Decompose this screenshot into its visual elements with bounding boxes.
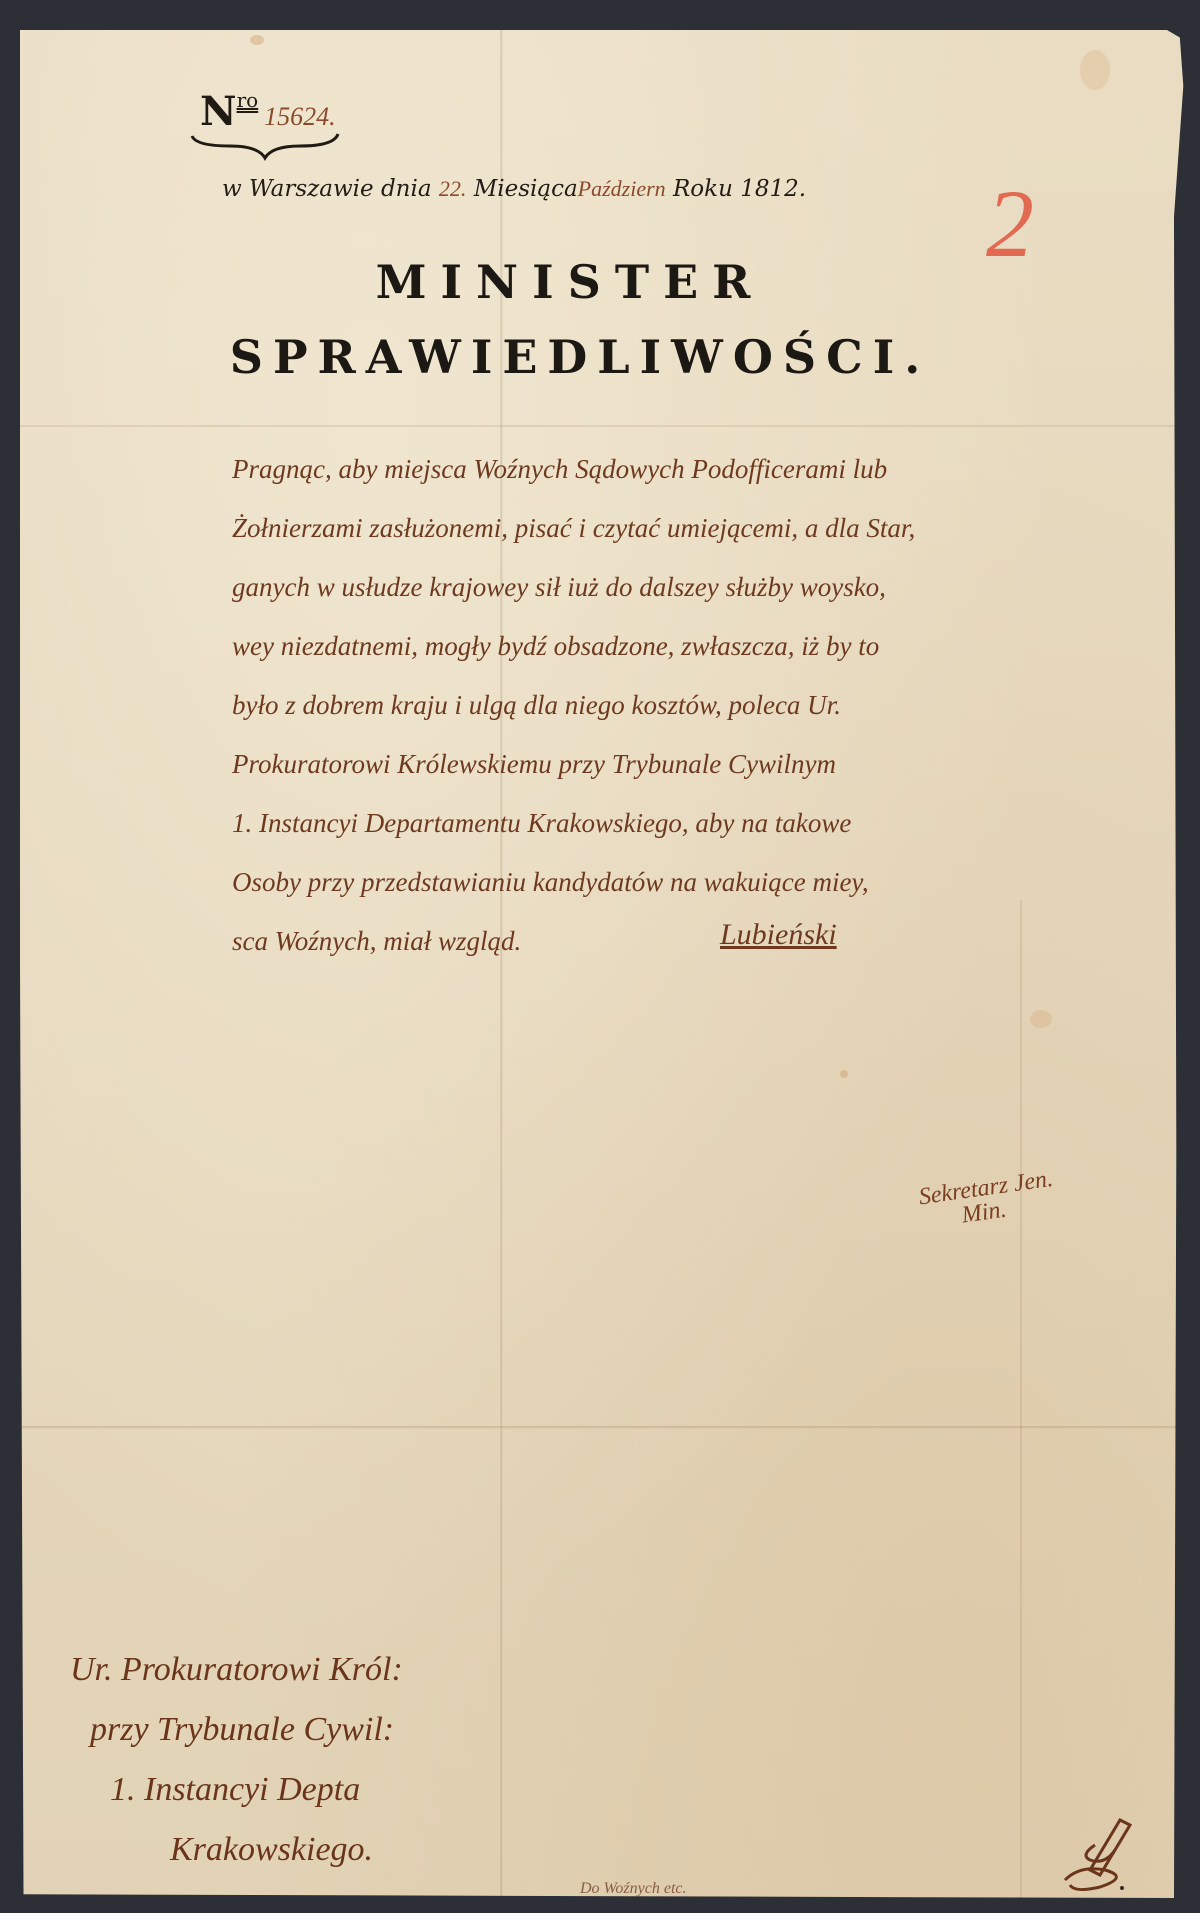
footer-note: Do Woźnych etc. xyxy=(580,1880,687,1898)
foxing-stain xyxy=(1030,1010,1052,1028)
body-line: było z dobrem kraju i ulgą dla niego kos… xyxy=(232,676,1182,735)
body-line: Prokuratorowi Królewskiemu przy Trybunal… xyxy=(232,735,1182,794)
header-title-ministry: SPRAWIEDLIWOŚCI. xyxy=(0,330,1200,384)
body-line: Osoby przy przedstawianiu kandydatów na … xyxy=(232,853,1182,912)
foxing-stain xyxy=(1080,50,1110,90)
horizontal-fold-crease-upper xyxy=(20,425,1188,427)
address-line: Krakowskiego. xyxy=(70,1820,403,1880)
red-annotation-mark: 2 xyxy=(986,168,1034,279)
dateline-place: w Warszawie dnia xyxy=(222,176,432,202)
horizontal-fold-crease-lower xyxy=(20,1426,1188,1430)
number-value: 15624. xyxy=(264,102,336,132)
number-label: Nro xyxy=(200,88,258,135)
foxing-stain xyxy=(250,35,264,45)
vertical-fold-crease-right xyxy=(1020,900,1022,1898)
body-line: ganych w usłudze krajowey sił iuż do dal… xyxy=(232,558,1182,617)
dateline-year: Roku 1812. xyxy=(673,176,806,202)
body-line: sca Woźnych, miał wzgląd. xyxy=(232,912,1182,971)
body-line: Żołnierzami zasłużonemi, pisać i czytać … xyxy=(232,499,1182,558)
dateline: w Warszawie dnia 22. MiesiącaPaździern R… xyxy=(222,176,806,202)
document-number: Nro 15624. xyxy=(200,88,336,135)
foxing-stain xyxy=(840,1070,848,1078)
body-line: 1. Instancyi Departamentu Krakowskiego, … xyxy=(232,794,1182,853)
letter-body: Pragnąc, aby miejsca Woźnych Sądowych Po… xyxy=(232,440,1182,971)
minister-signature: Lubieński xyxy=(720,918,837,952)
monogram-flourish-icon xyxy=(1060,1815,1150,1895)
address-line: przy Trybunale Cywil: xyxy=(70,1700,403,1760)
address-line: Ur. Prokuratorowi Król: xyxy=(70,1640,403,1700)
address-line: 1. Instancyi Depta xyxy=(70,1760,403,1820)
dateline-month-value: Październ xyxy=(578,176,666,201)
ornamental-brace-icon xyxy=(190,132,340,162)
body-line: wey niezdatnemi, mogły bydź obsadzone, z… xyxy=(232,617,1182,676)
recipient-address: Ur. Prokuratorowi Król: przy Trybunale C… xyxy=(70,1640,403,1880)
body-line: Pragnąc, aby miejsca Woźnych Sądowych Po… xyxy=(232,440,1182,499)
dateline-month-label: Miesiąca xyxy=(474,176,578,202)
dateline-day: 22. xyxy=(439,176,467,201)
